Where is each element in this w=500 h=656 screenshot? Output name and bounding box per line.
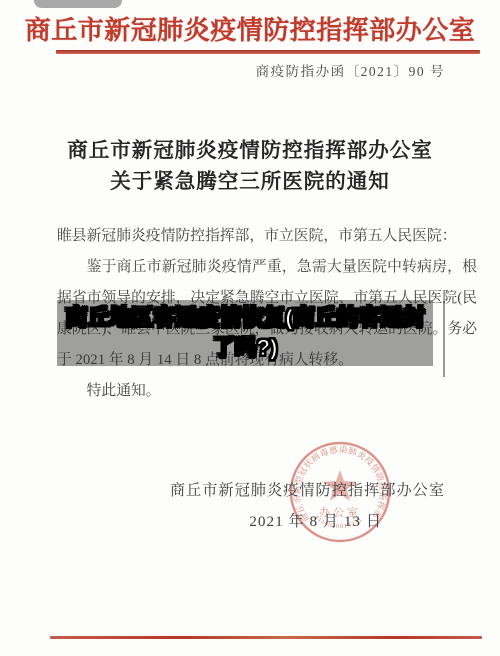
salutation: 睢县新冠肺炎疫情防控指挥部，市立医院，市第五人民医院：: [57, 221, 477, 252]
photo-crop-tab: [34, 0, 122, 8]
notice-title: 商丘市新冠肺炎疫情防控指挥部办公室 关于紧急腾空三所医院的通知: [0, 136, 500, 198]
letterhead-org-name: 商丘市新冠肺炎疫情防控指挥部办公室: [0, 10, 500, 47]
caption-text: 商丘地区客运疫情恢复(商丘的客运封了吗?): [65, 303, 425, 363]
footer-rule: [50, 636, 482, 639]
notice-title-line2: 关于紧急腾空三所医院的通知: [0, 167, 500, 198]
signature-date: 2021 年 8 月 13 日: [0, 510, 382, 531]
signature-org: 商丘市新冠肺炎疫情防控指挥部办公室: [0, 479, 445, 500]
notice-title-line1: 商丘市新冠肺炎疫情防控指挥部办公室: [0, 136, 500, 167]
document-number: 商疫防指办函〔2021〕90 号: [0, 60, 445, 80]
paper-crease-line: [443, 301, 445, 377]
meme-caption-overlay: 商丘地区客运疫情恢复(商丘的客运封了吗?): [57, 300, 433, 366]
closing-line: 特此通知。: [57, 376, 477, 407]
letterhead-rule: [56, 50, 480, 54]
